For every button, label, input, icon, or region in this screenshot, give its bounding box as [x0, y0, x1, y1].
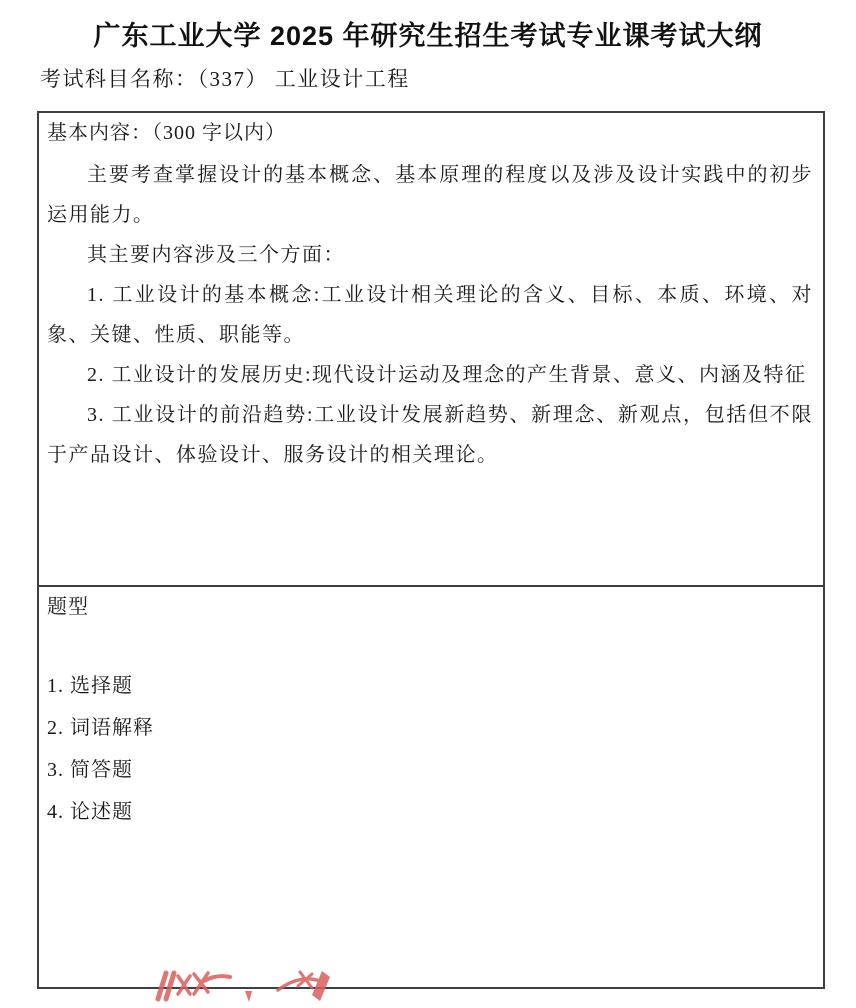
- document-page: 广东工业大学 2025 年研究生招生考试专业课考试大纲 考试科目名称：（337）…: [0, 0, 856, 1008]
- question-type-list: 1. 选择题 2. 词语解释 3. 简答题 4. 论述题: [47, 665, 813, 833]
- content-paragraph-1: 主要考查掌握设计的基本概念、基本原理的程度以及涉及设计实践中的初步运用能力。: [47, 155, 813, 235]
- content-paragraph-2: 其主要内容涉及三个方面：: [47, 235, 813, 275]
- question-types-header: 题型: [47, 591, 813, 623]
- syllabus-table: 基本内容：（300 字以内） 主要考查掌握设计的基本概念、基本原理的程度以及涉及…: [37, 111, 825, 989]
- question-type-item-4: 4. 论述题: [47, 791, 813, 833]
- content-paragraph-5: 3. 工业设计的前沿趋势:工业设计发展新趋势、新理念、新观点，包括但不限于产品设…: [47, 395, 813, 475]
- subject-name-line: 考试科目名称：（337） 工业设计工程: [40, 63, 410, 93]
- red-stamp-marks: [150, 964, 340, 1008]
- document-title: 广东工业大学 2025 年研究生招生考试专业课考试大纲: [0, 14, 856, 53]
- question-type-item-2: 2. 词语解释: [47, 707, 813, 749]
- basic-content-header: 基本内容：（300 字以内）: [47, 117, 813, 149]
- basic-content-body: 主要考查掌握设计的基本概念、基本原理的程度以及涉及设计实践中的初步运用能力。 其…: [47, 155, 813, 475]
- question-type-item-3: 3. 简答题: [47, 749, 813, 791]
- question-types-section: 题型 1. 选择题 2. 词语解释 3. 简答题 4. 论述题: [39, 585, 823, 987]
- content-paragraph-4: 2. 工业设计的发展历史:现代设计运动及理念的产生背景、意义、内涵及特征: [47, 355, 813, 395]
- content-paragraph-3: 1. 工业设计的基本概念:工业设计相关理论的含义、目标、本质、环境、对象、关键、…: [47, 275, 813, 355]
- question-type-item-1: 1. 选择题: [47, 665, 813, 707]
- basic-content-section: 基本内容：（300 字以内） 主要考查掌握设计的基本概念、基本原理的程度以及涉及…: [39, 113, 823, 585]
